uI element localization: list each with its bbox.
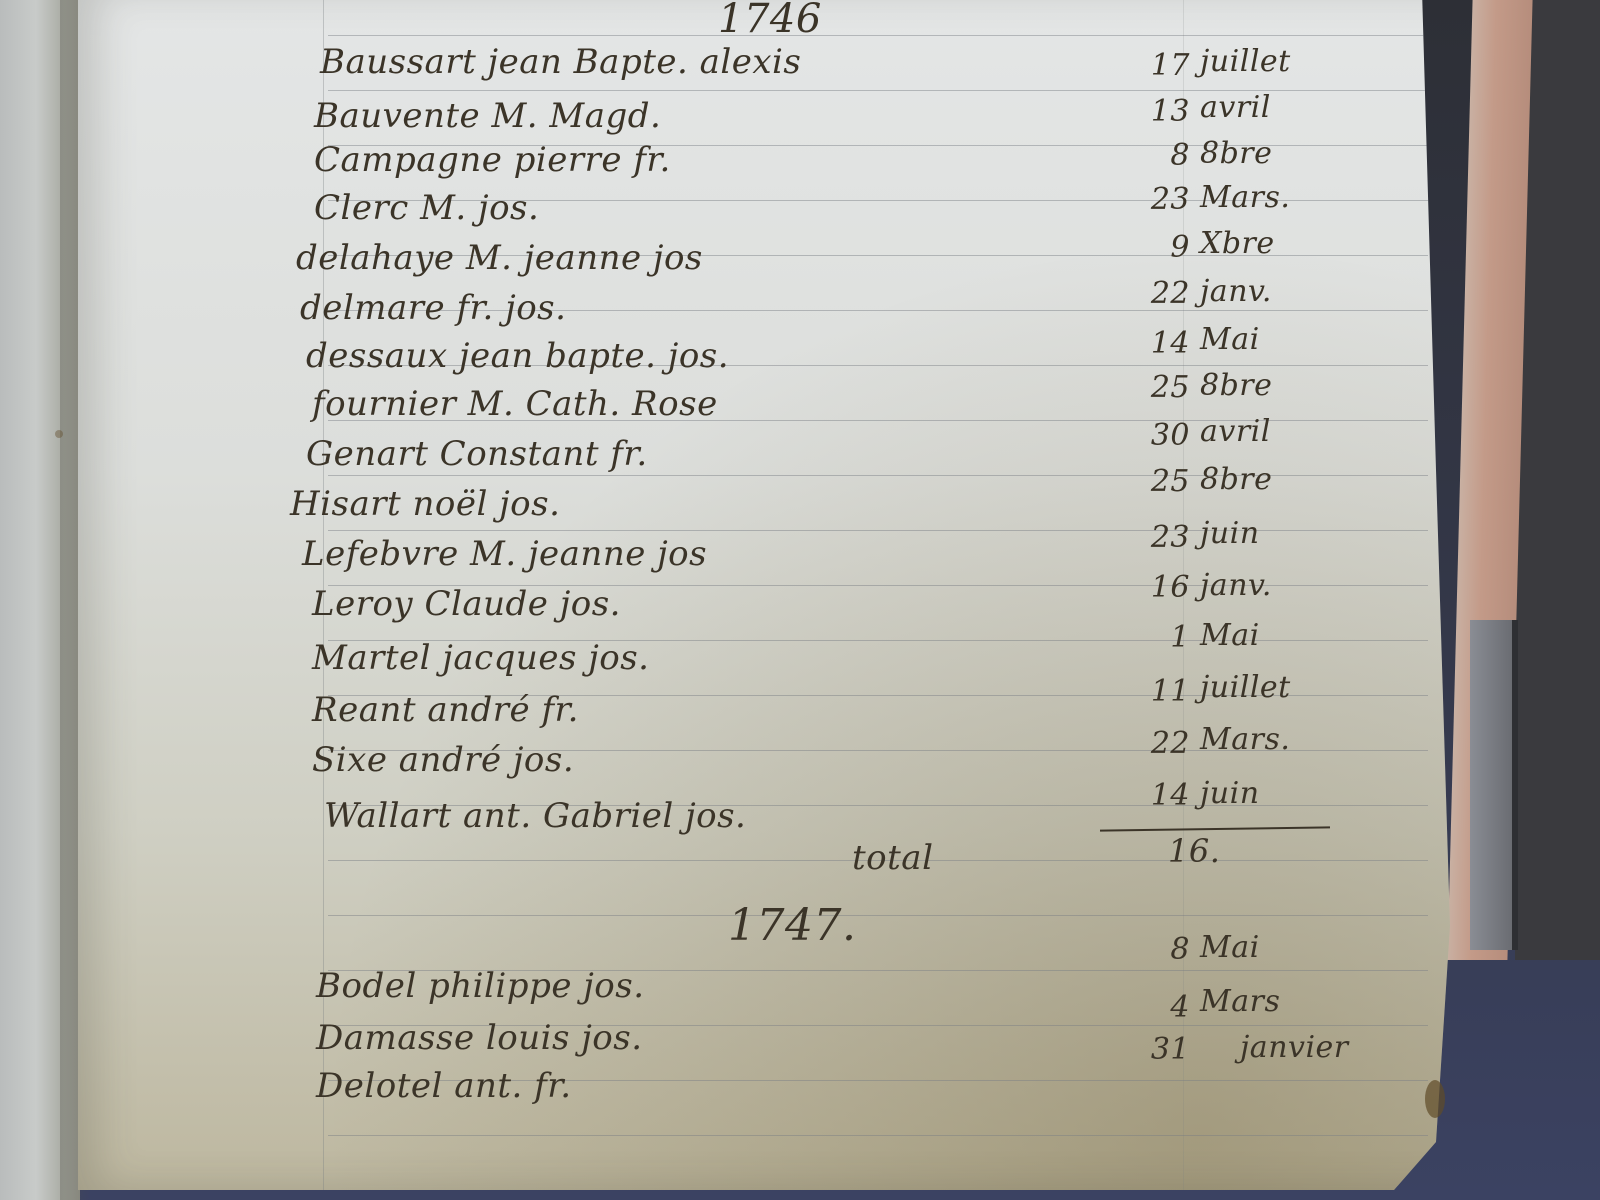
entry-name: Hisart noël jos. (290, 484, 560, 524)
entry-day: 22 (1110, 276, 1190, 311)
entry-month: janvier (1240, 1030, 1349, 1065)
entry-name: Genart Constant fr. (306, 434, 648, 474)
entry-day: 30 (1110, 418, 1190, 453)
entry-name: Bauvente M. Magd. (314, 96, 661, 136)
entry-name: Wallart ant. Gabriel jos. (324, 796, 746, 836)
entry-month: Mars. (1200, 180, 1290, 215)
entry-name: delahaye M. jeanne jos (296, 238, 703, 278)
entry-name: Clerc M. jos. (314, 188, 539, 228)
ruled-line (328, 1135, 1428, 1136)
entry-name: Campagne pierre fr. (314, 140, 671, 180)
entry-name: Baussart jean Bapte. alexis (320, 42, 801, 82)
entry-day: 23 (1110, 182, 1190, 217)
entry-day: 9 (1110, 230, 1190, 265)
entry-day: 31 (1110, 1032, 1190, 1067)
entry-month: avril (1200, 90, 1271, 125)
entry-month: juin (1200, 516, 1260, 551)
entry-month: janv. (1200, 568, 1272, 603)
entry-month: Mai (1200, 618, 1260, 653)
entry-month: avril (1200, 414, 1271, 449)
entry-day: 22 (1110, 726, 1190, 761)
year-heading-1746: 1746 (718, 0, 822, 42)
entry-day: 23 (1110, 520, 1190, 555)
ink-stain (1425, 1080, 1445, 1118)
ruled-line (328, 530, 1428, 531)
entry-name: Sixe andré jos. (312, 740, 574, 780)
ruled-line (328, 915, 1428, 916)
entry-name: Martel jacques jos. (312, 638, 649, 678)
entry-month: Mai (1200, 930, 1260, 965)
entry-name: Damasse louis jos. (316, 1018, 643, 1058)
total-value: 16. (1168, 832, 1220, 870)
entry-month: juin (1200, 776, 1260, 811)
entry-name: Reant andré fr. (312, 690, 579, 730)
entry-month: Xbre (1200, 226, 1275, 261)
entry-month: janv. (1200, 274, 1272, 309)
entry-day: 1 (1110, 620, 1190, 655)
entry-day: 16 (1110, 570, 1190, 605)
paper-spot (55, 430, 63, 438)
total-label: total (852, 838, 933, 878)
book-board-edge (1470, 620, 1518, 950)
entry-day: 25 (1110, 370, 1190, 405)
entry-day: 11 (1110, 674, 1190, 709)
entry-name: fournier M. Cath. Rose (312, 384, 718, 424)
entry-day: 8 (1110, 932, 1190, 967)
entry-day: 17 (1110, 48, 1190, 83)
entry-month: Mai (1200, 322, 1260, 357)
year-heading-1747: 1747. (728, 900, 856, 951)
entry-month: Mars (1200, 984, 1280, 1019)
entry-day: 14 (1110, 778, 1190, 813)
entry-day: 25 (1110, 464, 1190, 499)
entry-name: Leroy Claude jos. (312, 584, 621, 624)
entry-day: 13 (1110, 94, 1190, 129)
entry-name: Delotel ant. fr. (316, 1066, 572, 1106)
entry-name: Bodel philippe jos. (316, 966, 645, 1006)
entry-day: 14 (1110, 326, 1190, 361)
entry-month: Mars. (1200, 722, 1290, 757)
entry-name: dessaux jean bapte. jos. (306, 336, 729, 376)
ruled-line (328, 35, 1428, 36)
entry-day: 8 (1110, 138, 1190, 173)
entry-name: delmare fr. jos. (300, 288, 566, 328)
entry-name: Lefebvre M. jeanne jos (302, 534, 707, 574)
entry-month: 8bre (1200, 462, 1272, 497)
entry-month: juillet (1200, 670, 1291, 705)
photo-scene: 1746 Baussart jean Bapte. alexis 17 juil… (0, 0, 1600, 1200)
entry-month: 8bre (1200, 136, 1272, 171)
entry-month: 8bre (1200, 368, 1272, 403)
entry-month: juillet (1200, 44, 1291, 79)
entry-day: 4 (1110, 990, 1190, 1025)
